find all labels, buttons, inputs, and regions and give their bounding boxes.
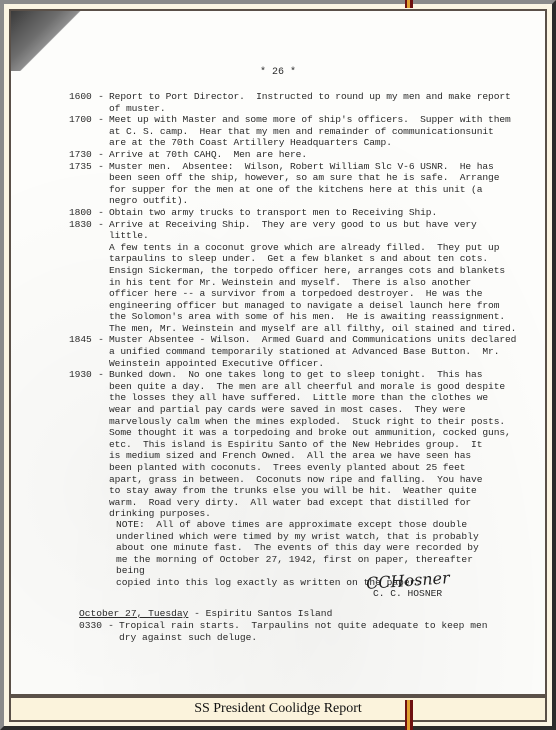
- log-entry: 1700-Meet up with Master and some more o…: [69, 114, 519, 149]
- entry-time: 0330: [79, 620, 103, 643]
- log-entries: 1600-Report to Port Director. Instructed…: [69, 91, 519, 520]
- entry-time: 1700: [69, 114, 93, 149]
- log-entry: 1800-Obtain two army trucks to transport…: [69, 207, 519, 219]
- entry-text: Meet up with Master and some more of shi…: [109, 114, 519, 149]
- entry-time: 1735: [69, 161, 93, 207]
- entry-dash: -: [93, 149, 109, 161]
- entry-dash: -: [93, 334, 109, 369]
- entry-text: Arrive at 70th CAHQ. Men are here.: [109, 149, 519, 161]
- page-corner-fold: [11, 11, 91, 71]
- entry-text: Muster Absentee - Wilson. Armed Guard an…: [109, 334, 519, 369]
- log-entry: 1930-Bunked down. No one takes long to g…: [69, 369, 519, 520]
- viewer-frame: * 26 * 1600-Report to Port Director. Ins…: [0, 0, 556, 730]
- entry-dash: -: [93, 369, 109, 520]
- entry-time: 1830: [69, 219, 93, 335]
- entry-text: Obtain two army trucks to transport men …: [109, 207, 519, 219]
- caption-bar: SS President Coolidge Report: [9, 696, 547, 722]
- entry-text: Arrive at Receiving Ship. They are very …: [109, 219, 519, 335]
- caption-title: SS President Coolidge Report: [194, 701, 362, 717]
- entry-dash: -: [93, 219, 109, 335]
- entry-dash: -: [93, 207, 109, 219]
- entry-text: Muster men. Absentee: Wilson, Robert Wil…: [109, 161, 519, 207]
- log-entry-final: 0330 - Tropical rain starts. Tarpaulins …: [79, 620, 499, 643]
- entry-time: 1800: [69, 207, 93, 219]
- entry-time: 1845: [69, 334, 93, 369]
- entry-text: Tropical rain starts. Tarpaulins not qui…: [119, 620, 499, 643]
- date-header-location: - Espiritu Santos Island: [188, 608, 332, 619]
- date-header: October 27, Tuesday - Espiritu Santos Is…: [79, 608, 332, 619]
- entry-dash: -: [103, 620, 119, 643]
- signature-name: C. C. HOSNER: [373, 588, 442, 599]
- date-header-date: October 27, Tuesday: [79, 608, 188, 619]
- entry-time: 1730: [69, 149, 93, 161]
- entry-time: 1600: [69, 91, 93, 114]
- ribbon-decoration-bottom: [405, 700, 413, 730]
- log-entry: 1830-Arrive at Receiving Ship. They are …: [69, 219, 519, 335]
- log-entry: 1845-Muster Absentee - Wilson. Armed Gua…: [69, 334, 519, 369]
- log-entry: 1735-Muster men. Absentee: Wilson, Rober…: [69, 161, 519, 207]
- log-entry: 1600-Report to Port Director. Instructed…: [69, 91, 519, 114]
- document-page: * 26 * 1600-Report to Port Director. Ins…: [9, 9, 547, 696]
- entry-dash: -: [93, 91, 109, 114]
- entry-text: Report to Port Director. Instructed to r…: [109, 91, 519, 114]
- entry-dash: -: [93, 114, 109, 149]
- ribbon-decoration-top: [405, 0, 413, 8]
- entry-dash: -: [93, 161, 109, 207]
- log-entry: 1730-Arrive at 70th CAHQ. Men are here.: [69, 149, 519, 161]
- entry-text: Bunked down. No one takes long to get to…: [109, 369, 519, 520]
- entry-time: 1930: [69, 369, 93, 520]
- page-number: * 26 *: [11, 67, 545, 78]
